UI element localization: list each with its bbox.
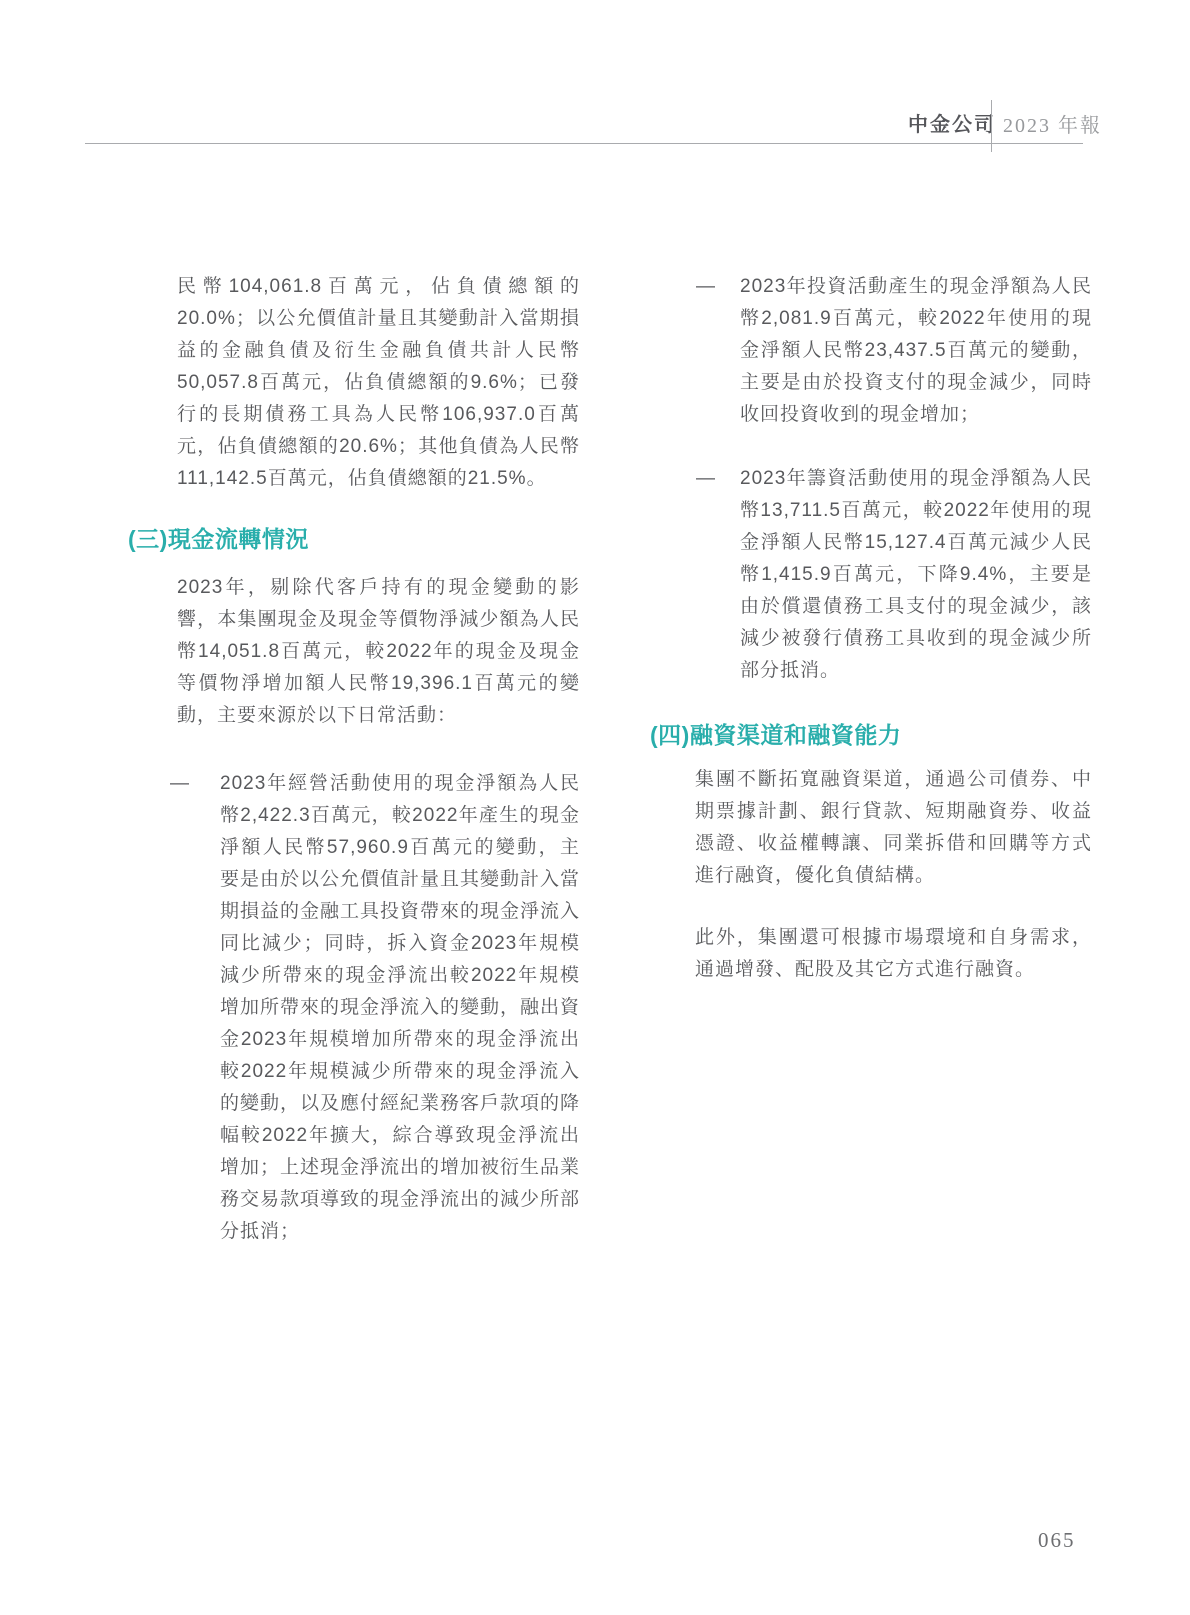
- section3-intro-paragraph: 2023年，剔除代客戶持有的現金變動的影響，本集團現金及現金等價物淨減少額為人民…: [177, 572, 580, 732]
- section3-bullet-investing: — 2023年投資活動產生的現金淨額為人民幣2,081.9百萬元，較2022年使…: [740, 271, 1092, 431]
- report-page: 中金公司 2023 年報 民幣104,061.8百萬元，佔負債總額的20.0%；…: [0, 0, 1190, 1615]
- header-vertical-divider: [991, 100, 992, 152]
- section4-paragraph-2: 此外，集團還可根據市場環境和自身需求，通過增發、配股及其它方式進行融資。: [695, 922, 1092, 986]
- left-carryover-paragraph: 民幣104,061.8百萬元，佔負債總額的20.0%；以公允價值計量且其變動計入…: [177, 271, 580, 495]
- bullet-text: 2023年投資活動產生的現金淨額為人民幣2,081.9百萬元，較2022年使用的…: [740, 276, 1092, 425]
- bullet-dash: —: [696, 271, 715, 303]
- section3-bullet-financing: — 2023年籌資活動使用的現金淨額為人民幣13,711.5百萬元，較2022年…: [740, 463, 1092, 687]
- bullet-text: 2023年籌資活動使用的現金淨額為人民幣13,711.5百萬元，較2022年使用…: [740, 468, 1092, 681]
- header-edition-label: 2023 年報: [1003, 109, 1102, 138]
- section3-heading: (三)現金流轉情況: [128, 522, 309, 556]
- page-number: 065: [1038, 1528, 1076, 1553]
- section4-paragraph-1: 集團不斷拓寬融資渠道，通過公司債券、中期票據計劃、銀行貸款、短期融資券、收益憑證…: [695, 764, 1092, 892]
- section4-heading: (四)融資渠道和融資能力: [650, 718, 901, 752]
- bullet-dash: —: [170, 768, 189, 800]
- bullet-dash: —: [696, 463, 715, 495]
- header-company-name: 中金公司: [908, 108, 984, 137]
- bullet-text: 2023年經營活動使用的現金淨額為人民幣2,422.3百萬元，較2022年產生的…: [220, 773, 580, 1242]
- section3-bullet-operating: — 2023年經營活動使用的現金淨額為人民幣2,422.3百萬元，較2022年產…: [220, 768, 580, 1248]
- header-rule: [85, 143, 1083, 144]
